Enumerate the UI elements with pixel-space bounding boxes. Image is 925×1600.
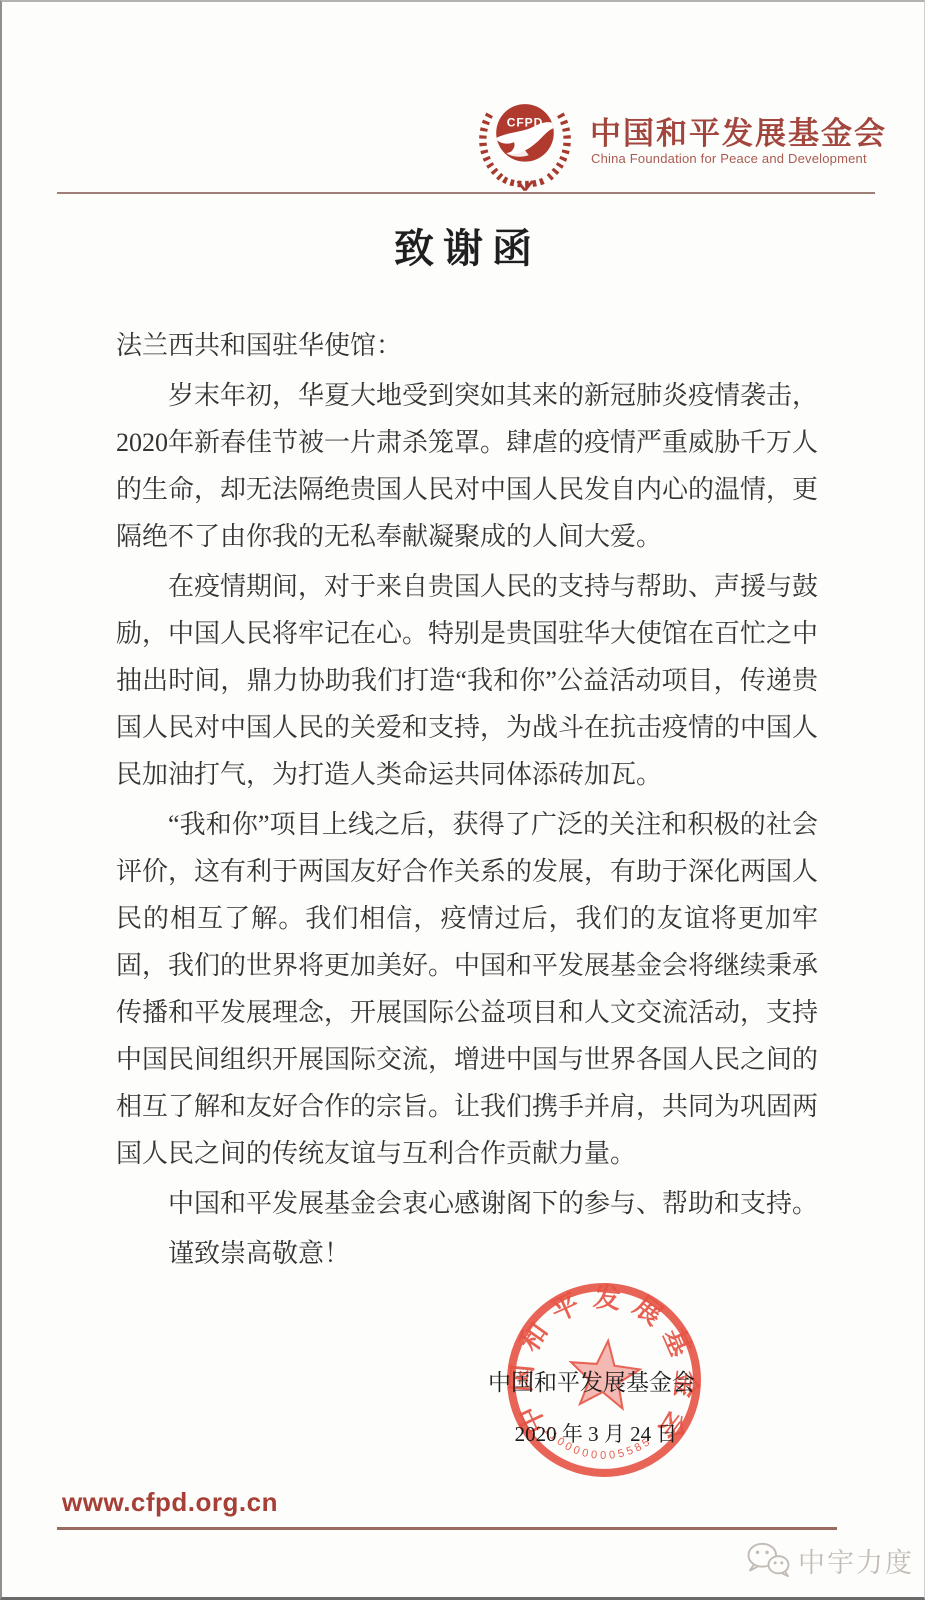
signature-date: 2020 年 3 月 24 日 — [507, 1418, 685, 1448]
paragraph-3: “我和你”项目上线之后，获得了广泛的关注和积极的社会评价，这有利于两国友好合作关… — [116, 801, 818, 1177]
letter-page: CFPD 中国和平发展基金会 China Foundation for Peac… — [0, 0, 925, 1600]
org-name-english: China Foundation for Peace and Developme… — [591, 151, 867, 166]
letter-title: 致谢函 — [2, 217, 924, 274]
signature-org-name: 中国和平发展基金会 — [488, 1364, 693, 1397]
cfpd-logo-icon: CFPD — [468, 92, 582, 196]
paragraph-4: 中国和平发展基金会衷心感谢阁下的参与、帮助和支持。 — [116, 1180, 818, 1227]
footer-divider — [57, 1527, 837, 1530]
header-divider — [57, 192, 875, 194]
org-name-chinese: 中国和平发展基金会 — [590, 108, 887, 153]
wechat-watermark-icon — [744, 1540, 792, 1580]
salutation: 法兰西共和国驻华使馆： — [116, 322, 818, 369]
paragraph-2: 在疫情期间，对于来自贵国人民的支持与帮助、声援与鼓励，中国人民将牢记在心。特别是… — [116, 563, 818, 798]
website-url: www.cfpd.org.cn — [62, 1487, 278, 1518]
paragraph-1: 岁末年初，华夏大地受到突如其来的新冠肺炎疫情袭击，2020年新春佳节被一片肃杀笼… — [116, 372, 818, 560]
letter-body: 法兰西共和国驻华使馆： 岁末年初，华夏大地受到突如其来的新冠肺炎疫情袭击，202… — [116, 322, 818, 1280]
paragraph-5: 谨致崇高敬意！ — [116, 1230, 818, 1277]
watermark-label: 中宇力度 — [798, 1541, 914, 1580]
logo-acronym: CFPD — [507, 115, 544, 129]
watermark: 中宇力度 — [744, 1538, 914, 1582]
